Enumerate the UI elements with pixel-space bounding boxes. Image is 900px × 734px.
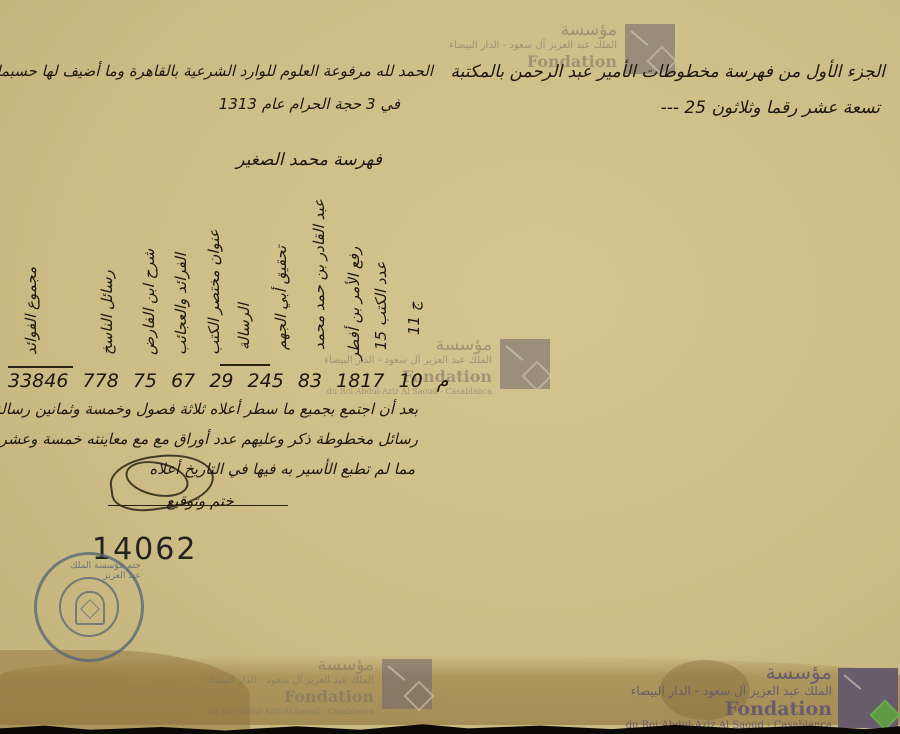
stamp-inner-ring [59,577,119,637]
underline-rule [8,366,73,368]
watermark-arabic-title: مؤسسة [561,20,617,40]
column-8: الفرائد والعجائب [172,245,190,355]
column-3: رفع الأمر بن أفطر [345,230,363,360]
column-1: 11 ج [405,225,423,335]
watermark-french-title: Fondation [284,687,374,706]
watermark-bottom-right: مؤسسة الملك عبد العزيز آل سعود - الدار ا… [630,660,898,730]
watermark-arabic-subtitle: الملك عبد العزيز آل سعود - الدار البيضاء [631,684,832,698]
left-header-line-2: في 3 حجة الحرام عام 1313 [200,95,400,113]
manuscript-page: مؤسسة الملك عبد العزيز آل سعود - الدار ا… [0,0,900,734]
stamp-shield-icon [75,591,105,625]
watermark-french-title: Fondation [725,698,832,720]
body-line-2: رسائل مخطوطة ذكر وعليهم عدد أوراق مع مع … [8,430,418,448]
watermark-arabic-title: مؤسسة [318,655,374,675]
column-6: الرسالة [235,230,253,350]
column-4: عبد القادر بن حمد محمد [310,210,328,350]
underline-rule [220,364,270,366]
left-header-line-1: الحمد لله مرفوعة العلوم للوارد الشرعية ب… [8,62,433,80]
body-line-3: مما لم تطبع الأسير به فيها في التاريخ أع… [30,460,415,478]
column-7: عنوان مختصر الكتب [205,235,223,355]
column-5: تحقيق أبي الجهم [272,220,290,350]
subheading: فهرسة محمد الصغير [222,150,382,170]
watermark-arabic-title: مؤسسة [766,660,832,684]
signature-underline [108,505,288,506]
column-9: شرح ابن الفارض [140,240,158,355]
column-10: رسائل الناسخ [98,255,116,355]
foundation-logo-icon [382,659,432,709]
watermark-arabic-subtitle: الملك عبد العزيز آل سعود - الدار البيضاء [449,40,617,51]
stamp-star-icon [80,599,100,619]
watermark-bottom-center: مؤسسة الملك عبد العزيز آل سعود - الدار ا… [210,655,432,717]
right-header-line-1: الجزء الأول من فهرسة مخطوطات الأمير عبد … [455,62,885,82]
watermark-arabic-title: مؤسسة [436,335,492,355]
numbers-row: 33846 7م 10 1817 83 245 29 67 75 78 [8,370,449,392]
watermark-french-subtitle: du Roi Abdul-Aziz Al Saoud - Casablanca [209,707,374,716]
column-2: عدد الكتب 15 [372,230,390,350]
column-11: مجموع الفوائد [22,225,40,355]
foundation-logo-icon [838,668,898,728]
right-header-line-2: تسعة عشر رقما وثلاثون 25 --- [510,98,880,118]
signature-label: ختم وتوقيع [110,492,290,510]
body-line-1: بعد أن اجتمع بجميع ما سطر أعلاه ثلاثة فص… [8,400,418,418]
foundation-logo-icon [500,339,550,389]
foundation-seal-stamp-icon: ختم مؤسسة الملك عبد العزيز [34,552,144,662]
watermark-arabic-subtitle: الملك عبد العزيز آل سعود - الدار البيضاء [206,675,374,686]
